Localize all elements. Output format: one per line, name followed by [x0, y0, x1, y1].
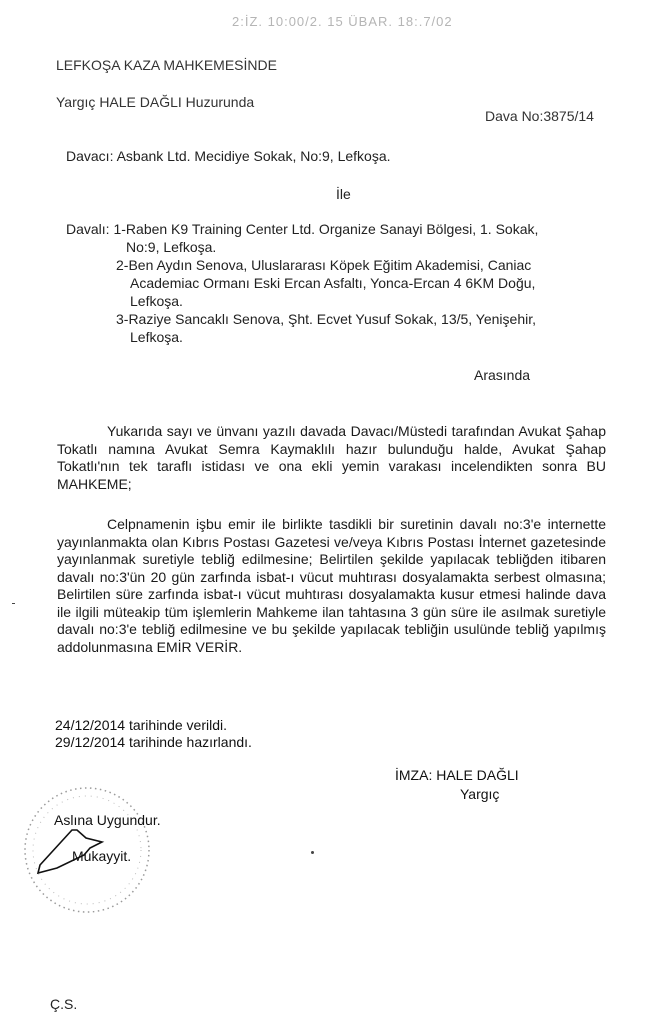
- court-name: LEFKOŞA KAZA MAHKEMESİNDE: [56, 57, 277, 73]
- defendant-2-line-3: Lefkoşa.: [66, 292, 538, 310]
- defendant-2-line-2: Academiac Ormanı Eski Ercan Asfaltı, Yon…: [66, 274, 538, 292]
- prepared-date: 29/12/2014 tarihinde hazırlandı.: [55, 734, 252, 751]
- defendant-1-line-2: No:9, Lefkoşa.: [66, 238, 538, 256]
- conjunction: İle: [336, 186, 351, 202]
- fax-header-stamp: 2:İZ. 10:00/2. 15 ÜBAR. 18:.7/02: [232, 14, 453, 29]
- scan-speck: [12, 603, 15, 604]
- defendant-2-line-1: 2-Ben Aydın Senova, Uluslararası Köpek E…: [66, 256, 538, 274]
- case-number: Dava No:3875/14: [485, 108, 594, 124]
- stamp-certified-text: Aslına Uygundur.: [54, 812, 161, 828]
- defendants-block: Davalı: 1-Raben K9 Training Center Ltd. …: [66, 220, 538, 346]
- stamp-registrar-text: Mukayyit.: [72, 848, 131, 864]
- signature-line: İMZA: HALE DAĞLI: [395, 767, 519, 783]
- defendant-3-line-1: 3-Raziye Sancaklı Senova, Şht. Ecvet Yus…: [66, 310, 538, 328]
- defendant-1-line-1: Davalı: 1-Raben K9 Training Center Ltd. …: [66, 220, 538, 238]
- paragraph-2-text: Celpnamenin işbu emir ile birlikte tasdi…: [57, 516, 606, 655]
- defendants-label: Davalı:: [66, 221, 110, 237]
- paragraph-preamble: Yukarıda sayı ve ünvanı yazılı davada Da…: [57, 423, 606, 493]
- issued-date: 24/12/2014 tarihinde verildi.: [55, 717, 252, 734]
- paragraph-1-text: Yukarıda sayı ve ünvanı yazılı davada Da…: [57, 423, 606, 492]
- defendant-1-name: 1-Raben K9 Training Center Ltd. Organize…: [113, 221, 538, 237]
- between-label: Arasında: [474, 367, 530, 383]
- initials: Ç.S.: [50, 996, 77, 1012]
- dates-block: 24/12/2014 tarihinde verildi. 29/12/2014…: [55, 717, 252, 751]
- defendant-3-line-2: Lefkoşa.: [66, 328, 538, 346]
- scan-speck: [311, 851, 314, 854]
- plaintiff: Davacı: Asbank Ltd. Mecidiye Sokak, No:9…: [66, 148, 391, 164]
- judge-line: Yargıç HALE DAĞLI Huzurunda: [56, 94, 254, 110]
- paragraph-order: Celpnamenin işbu emir ile birlikte tasdi…: [57, 516, 606, 656]
- signature-title: Yargıç: [460, 786, 499, 802]
